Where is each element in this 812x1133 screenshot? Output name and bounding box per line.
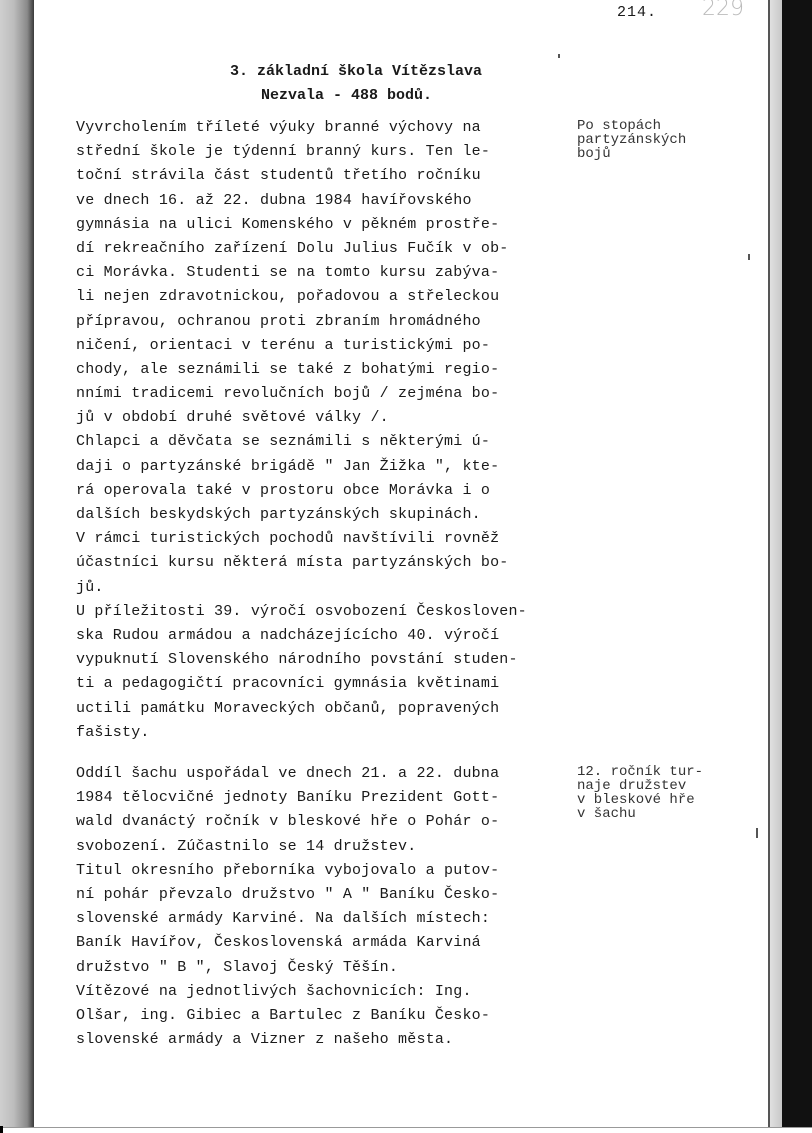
- archive-page-number: 229: [702, 0, 744, 21]
- text-line: ska Rudou armádou a nadcházejícícho 40. …: [76, 624, 576, 648]
- text-line: střední škole je týdenní branný kurs. Te…: [76, 140, 576, 164]
- text-line: Vyvrcholením tříleté výuky branné výchov…: [76, 116, 576, 140]
- text-line: Baník Havířov, Československá armáda Kar…: [76, 931, 576, 955]
- text-line: uctili památku Moraveckých občanů, popra…: [76, 697, 576, 721]
- scan-speck: [558, 54, 560, 58]
- paragraph-branny-kurs: Vyvrcholením tříleté výuky branné výchov…: [76, 116, 576, 745]
- text-line: 1984 tělocvičné jednoty Baníku Prezident…: [76, 786, 576, 810]
- text-line: toční strávila část studentů třetího roč…: [76, 164, 576, 188]
- scan-bottom-edge: [0, 1127, 812, 1128]
- heading-line-2: Nezvala - 488 bodů.: [230, 84, 482, 108]
- text-line: ní pohár převzalo družstvo " A " Baníku …: [76, 883, 576, 907]
- text-line: družstvo " B ", Slavoj Český Těšín.: [76, 956, 576, 980]
- text-line: Olšar, ing. Gibiec a Bartulec z Baníku Č…: [76, 1004, 576, 1028]
- text-line: rá operovala také v prostoru obce Morávk…: [76, 479, 576, 503]
- text-line: účastníci kursu některá místa partyzánsk…: [76, 551, 576, 575]
- text-line: ničení, orientaci v terénu a turistickým…: [76, 334, 576, 358]
- scan-right-edge-shadow: [782, 0, 812, 1128]
- text-line: Vítězové na jednotlivých šachovnicích: I…: [76, 980, 576, 1004]
- text-line: V rámci turistických pochodů navštívili …: [76, 527, 576, 551]
- page-number: 214.: [617, 4, 657, 21]
- text-line: wald dvanáctý ročník v bleskové hře o Po…: [76, 810, 576, 834]
- text-line: jů.: [76, 576, 576, 600]
- text-line: nními tradicemi revolučních bojů / zejmé…: [76, 382, 576, 406]
- scan-left-edge-shadow: [0, 0, 34, 1128]
- text-line: ti a pedagogičtí pracovníci gymnásia kvě…: [76, 672, 576, 696]
- text-line: svobození. Zúčastnilo se 14 družstev.: [76, 835, 576, 859]
- section-heading: 3. základní škola Vítězslava Nezvala - 4…: [230, 60, 482, 108]
- text-line: dí rekreačního zařízení Dolu Julius Fučí…: [76, 237, 576, 261]
- text-line: dalších beskydských partyzánských skupin…: [76, 503, 576, 527]
- text-line: Oddíl šachu uspořádal ve dnech 21. a 22.…: [76, 762, 576, 786]
- text-line: chody, ale seznámili se také z bohatými …: [76, 358, 576, 382]
- text-line: slovenské armády a Vizner z našeho města…: [76, 1028, 576, 1052]
- text-line: jů v období druhé světové války /.: [76, 406, 576, 430]
- scan-corner-mark: [0, 1126, 3, 1133]
- text-line: ci Morávka. Studenti se na tomto kursu z…: [76, 261, 576, 285]
- margin-note-branny-kurs: Po stopách partyzánských bojů: [577, 119, 686, 161]
- scan-speck: [748, 254, 750, 260]
- text-line: Titul okresního přeborníka vybojovalo a …: [76, 859, 576, 883]
- scan-right-edge-band: [770, 0, 782, 1128]
- paragraph-sachovy-turnaj: Oddíl šachu uspořádal ve dnech 21. a 22.…: [76, 762, 576, 1052]
- text-line: li nejen zdravotnickou, pořadovou a stře…: [76, 285, 576, 309]
- text-line: ve dnech 16. až 22. dubna 1984 havířovsk…: [76, 189, 576, 213]
- margin-note-sachovy-turnaj: 12. ročník tur- naje družstev v bleskové…: [577, 765, 703, 821]
- text-line: U příležitosti 39. výročí osvobození Čes…: [76, 600, 576, 624]
- text-line: fašisty.: [76, 721, 576, 745]
- text-line: vypuknutí Slovenského národního povstání…: [76, 648, 576, 672]
- text-line: slovenské armády Karviné. Na dalších mís…: [76, 907, 576, 931]
- text-line: gymnásia na ulici Komenského v pěkném pr…: [76, 213, 576, 237]
- text-line: daji o partyzánské brigádě " Jan Žižka "…: [76, 455, 576, 479]
- text-line: přípravou, ochranou proti zbraním hromád…: [76, 310, 576, 334]
- heading-line-1: 3. základní škola Vítězslava: [230, 63, 482, 80]
- scan-speck: [756, 828, 758, 838]
- text-line: Chlapci a děvčata se seznámili s některý…: [76, 430, 576, 454]
